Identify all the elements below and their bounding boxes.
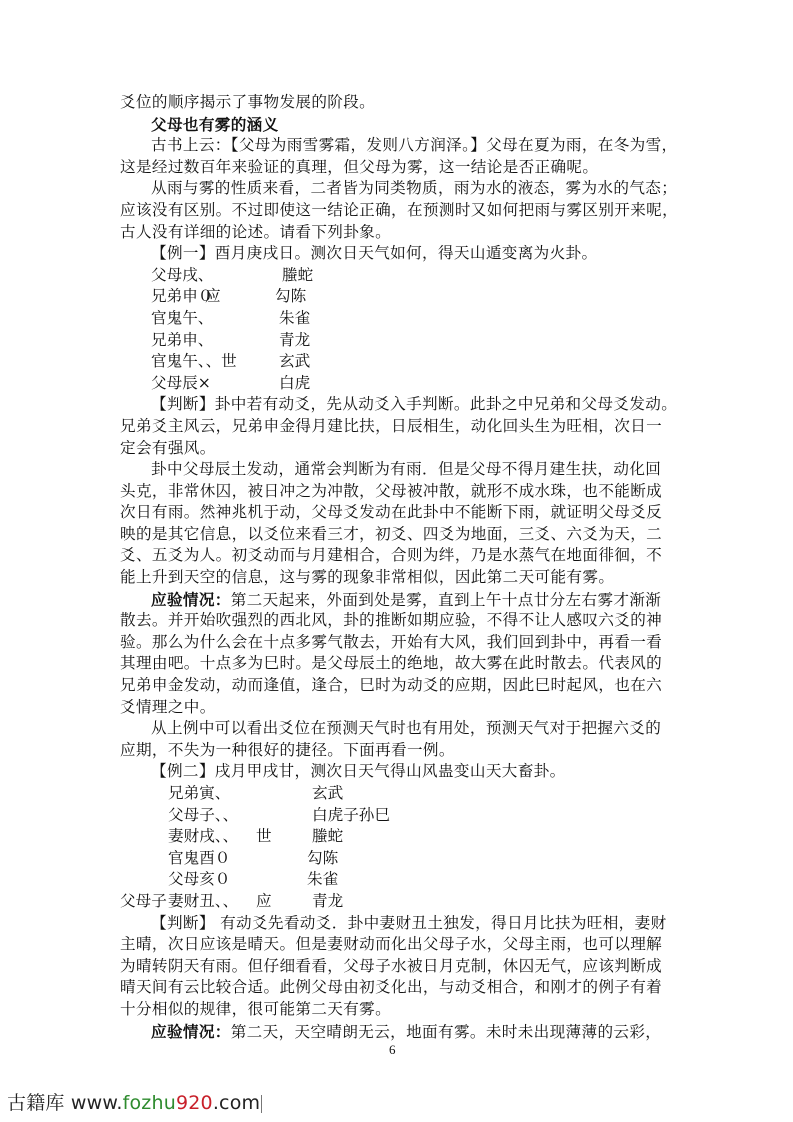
body-line: 【判断】卦中若有动爻，先从动爻入手判断。此卦之中兄弟和父母爻发动。 <box>120 394 680 416</box>
hexagram-line: 兄弟申、青龙 <box>120 330 680 352</box>
body-line: 古人没有详细的论述。请看下列卦象。 <box>120 222 680 244</box>
hexagram-example-2: 兄弟寅、玄武 父母子、、白虎子孙巳 妻财戌、、世螣蛇 官鬼酉０勾陈 父母亥０朱雀… <box>120 783 680 913</box>
body-line: 卦中父母辰土发动，通常会判断为有雨．但是父母不得月建生扶，动化回 <box>120 459 680 481</box>
page-number: 6 <box>389 1042 396 1058</box>
body-line: 能上升到天空的信息，这与雾的现象非常相似，因此第二天可能有雾。 <box>120 567 680 589</box>
body-line: 晴天间有云比较合适。此例父母由初爻化出，与动爻相合，和刚才的例子有着 <box>120 977 680 999</box>
body-line: 从雨与雾的性质来看，二者皆为同类物质，雨为水的液态，雾为水的气态； <box>120 178 680 200</box>
body-line: 主晴，次日应该是晴天。但是妻财动而化出父母子水，父母主雨，也可以理解 <box>120 934 680 956</box>
divider <box>261 1095 262 1113</box>
body-line: 爻情理之中。 <box>120 697 680 719</box>
body-line: 其理由吧。十点多为巳时。是父母辰土的绝地，故大雾在此时散去。代表风的 <box>120 653 680 675</box>
hexagram-line: 官鬼酉０勾陈 <box>120 848 680 870</box>
body-line: 兄弟申金发动，动而逢值，逢合，巳时为动爻的应期，因此巳时起风，也在六 <box>120 675 680 697</box>
hexagram-line: 官鬼午、、世玄武 <box>120 351 680 373</box>
hexagram-line: 父母子、、白虎子孙巳 <box>120 805 680 827</box>
hexagram-line: 父母辰×白虎 <box>120 373 680 395</box>
verification-label: 应验情况： <box>151 590 231 609</box>
body-line: 映的是其它信息，以爻位来看三才，初爻、四爻为地面，三爻、六爻为天，二 <box>120 524 680 546</box>
hexagram-example-1: 父母戌、螣蛇 兄弟申０应勾陈 官鬼午、朱雀 兄弟申、青龙 官鬼午、、世玄武 父母… <box>120 265 680 395</box>
body-line: 从上例中可以看出爻位在预测天气时也有用处，预测天气对于把握六爻的 <box>120 718 680 740</box>
body-line: 爻位的顺序揭示了事物发展的阶段。 <box>120 92 680 114</box>
body-line: 古书上云：【父母为雨雪雾霜，发则八方润泽。】父母在夏为雨，在冬为雪， <box>120 135 680 157</box>
hexagram-line: 父母子妻财丑、、应青龙 <box>120 891 680 913</box>
section-heading: 父母也有雾的涵义 <box>120 114 680 136</box>
body-line: 应该没有区别。不过即使这一结论正确，在预测时又如何把雨与雾区别开来呢， <box>120 200 680 222</box>
body-line: 应期，不失为一种很好的捷径。下面再看一例。 <box>120 740 680 762</box>
verification-label: 应验情况： <box>151 1022 231 1041</box>
body-line: 散去。并开始吹强烈的西北风，卦的推断如期应验，不得不让人感叹六爻的神 <box>120 610 680 632</box>
body-line: 次日有雨。然神兆机于动，父母爻发动在此卦中不能断下雨，就证明父母爻反 <box>120 502 680 524</box>
verification-line: 应验情况：第二天起来，外面到处是雾，直到上午十点廿分左右雾才渐渐 <box>120 589 680 611</box>
body-line: 为晴转阴天有雨。但仔细看看，父母子水被日月克制，休囚无气，应该判断成 <box>120 956 680 978</box>
example-heading: 【例一】酉月庚戌日。测次日天气如何，得天山遁变离为火卦。 <box>120 243 680 265</box>
body-line: 【判断】 有动爻先看动爻．卦中妻财丑土独发，得日月比扶为旺相，妻财 <box>120 913 680 935</box>
example-heading: 【例二】戌月甲戌甘，测次日天气得山风蛊变山天大畜卦。 <box>120 761 680 783</box>
body-line: 爻、五爻为人。初爻动而与月建相合，合则为绊，乃是水蒸气在地面徘徊，不 <box>120 545 680 567</box>
hexagram-line: 父母亥０朱雀 <box>120 869 680 891</box>
site-watermark: 古籍库 www.fozhu920.com <box>7 1088 262 1115</box>
body-line: 兄弟爻主风云，兄弟申金得月建比扶，日辰相生，动化回头生为旺相，次日一 <box>120 416 680 438</box>
body-line: 这是经过数百年来验证的真理，但父母为雾，这一结论是否正确呢。 <box>120 157 680 179</box>
body-line: 定会有强风。 <box>120 438 680 460</box>
body-line: 十分相似的规律，很可能第二天有雾。 <box>120 999 680 1021</box>
body-line: 验。那么为什么会在十点多雾气散去，开始有大风，我们回到卦中，再看一看 <box>120 632 680 654</box>
hexagram-line: 父母戌、螣蛇 <box>120 265 680 287</box>
hexagram-line: 官鬼午、朱雀 <box>120 308 680 330</box>
document-page: 爻位的顺序揭示了事物发展的阶段。 父母也有雾的涵义 古书上云：【父母为雨雪雾霜，… <box>120 92 680 1042</box>
hexagram-line: 兄弟申０应勾陈 <box>120 286 680 308</box>
verification-line: 应验情况：第二天，天空晴朗无云，地面有雾。未时未出现薄薄的云彩， <box>120 1021 680 1043</box>
hexagram-line: 妻财戌、、世螣蛇 <box>120 826 680 848</box>
hexagram-line: 兄弟寅、玄武 <box>120 783 680 805</box>
body-line: 头克，非常休囚，被日冲之为冲散，父母被冲散，就形不成水珠，也不能断成 <box>120 481 680 503</box>
